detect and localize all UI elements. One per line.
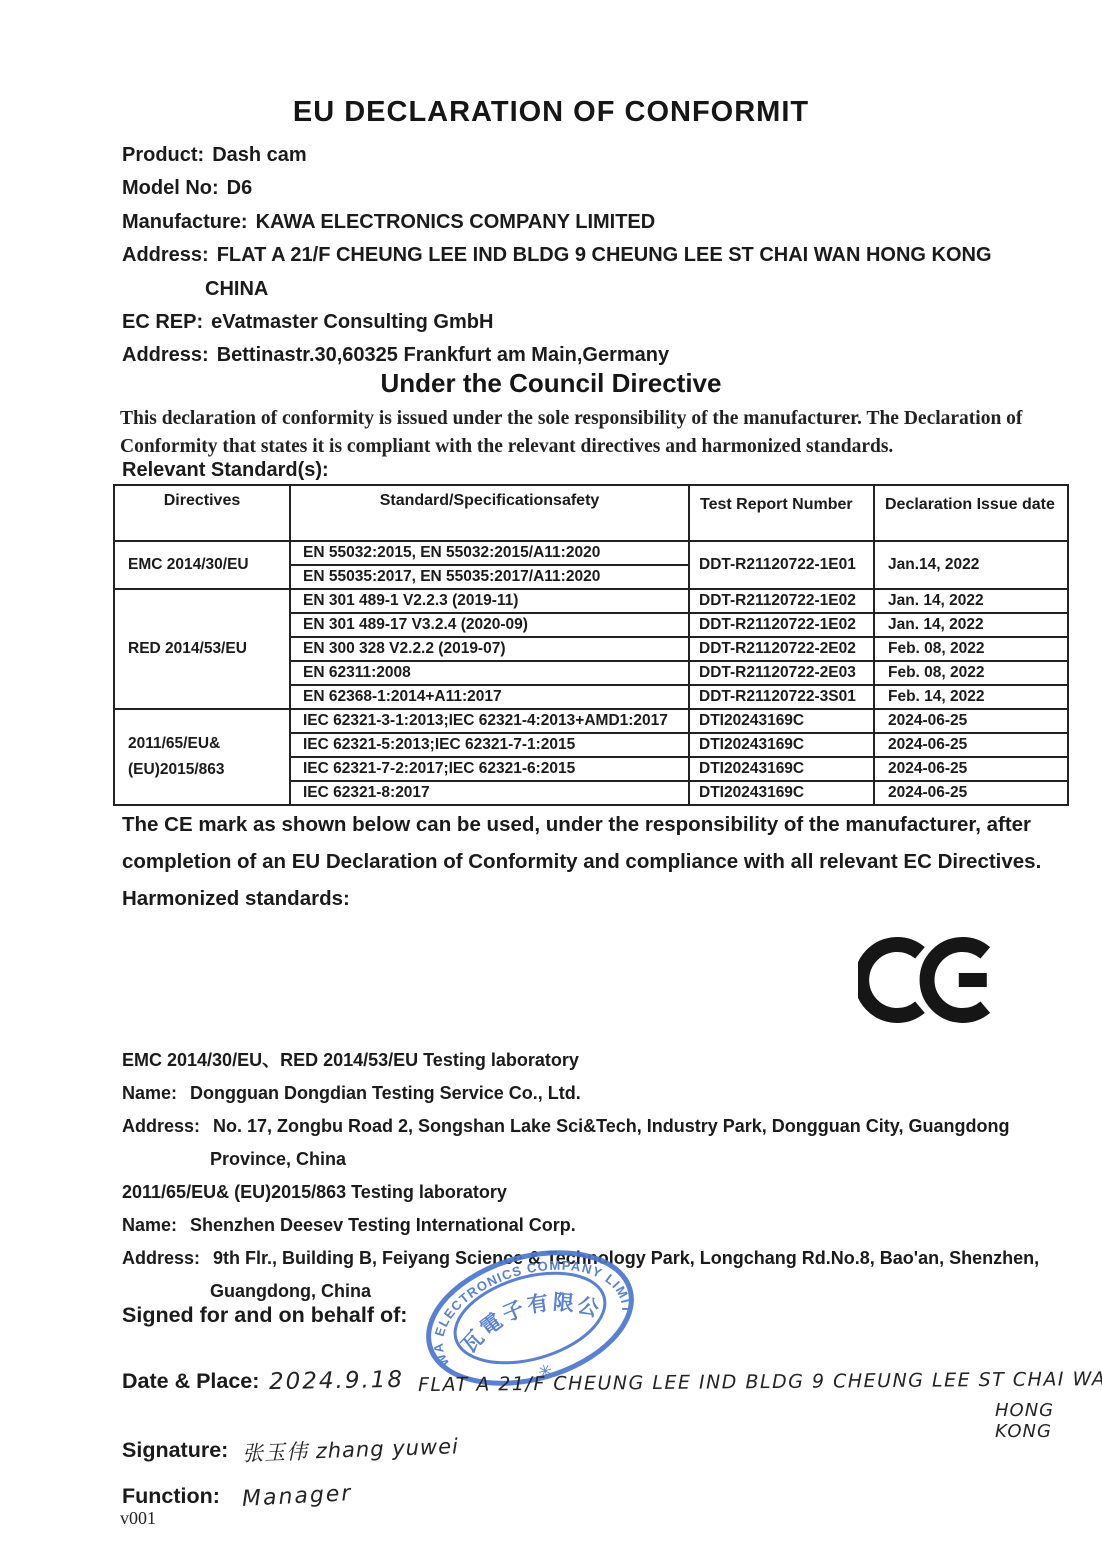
harmonized-standards-label: Harmonized standards:: [122, 880, 1062, 917]
field-manufacture: Manufacture:KAWA ELECTRONICS COMPANY LIM…: [122, 206, 1082, 239]
lab-heading: EMC 2014/30/EU、RED 2014/53/EU Testing la…: [122, 1044, 1102, 1077]
lab-address-label: Address:: [122, 1248, 200, 1268]
cell-date: Feb. 08, 2022: [874, 637, 1068, 661]
cell-date: 2024-06-25: [874, 733, 1068, 757]
field-label: Model No:: [122, 177, 219, 199]
cell-date: Jan. 14, 2022: [874, 613, 1068, 637]
col-header-issue-date: Declaration Issue date: [874, 485, 1068, 541]
lab-name-value: Dongguan Dongdian Testing Service Co., L…: [190, 1083, 581, 1103]
field-label: Manufacture:: [122, 211, 248, 233]
lab-name-label: Name:: [122, 1215, 177, 1235]
field-address-manufacturer-line2: CHINA: [205, 273, 1082, 306]
table-row: RED 2014/53/EU EN 301 489-1 V2.2.3 (2019…: [114, 589, 1068, 613]
cell-standard: EN 55032:2015, EN 55032:2015/A11:2020: [290, 541, 689, 565]
function-handwriting: Manager: [241, 1481, 353, 1512]
function-row: Function:Manager: [122, 1484, 352, 1509]
field-label: Address:: [122, 244, 209, 266]
field-label: Address:: [122, 344, 209, 366]
date-handwriting: 2024.9.18: [269, 1367, 404, 1395]
cell-report: DTI20243169C: [689, 781, 874, 805]
date-place-label: Date & Place:: [122, 1369, 259, 1393]
col-header-test-report: Test Report Number: [689, 485, 874, 541]
cell-standard: EN 55035:2017, EN 55035:2017/A11:2020: [290, 565, 689, 589]
declaration-line: Conformity that states it is compliant w…: [120, 433, 1050, 461]
signed-for-label: Signed for and on behalf of:: [122, 1303, 407, 1328]
field-value: FLAT A 21/F CHEUNG LEE IND BLDG 9 CHEUNG…: [217, 244, 992, 266]
cell-report: DTI20243169C: [689, 709, 874, 733]
cell-date: Feb. 08, 2022: [874, 661, 1068, 685]
table-row: EMC 2014/30/EU EN 55032:2015, EN 55032:2…: [114, 541, 1068, 565]
cell-date: 2024-06-25: [874, 709, 1068, 733]
eu-declaration-document: EU DECLARATION OF CONFORMIT Product:Dash…: [0, 0, 1102, 1559]
lab-name: Name:Dongguan Dongdian Testing Service C…: [122, 1077, 1102, 1110]
ce-paragraph: The CE mark as shown below can be used, …: [122, 806, 1062, 917]
cell-report: DTI20243169C: [689, 733, 874, 757]
ce-paragraph-line: The CE mark as shown below can be used, …: [122, 806, 1062, 843]
page-title: EU DECLARATION OF CONFORMIT: [0, 96, 1102, 129]
field-value: eVatmaster Consulting GmbH: [211, 311, 493, 333]
field-label: Product:: [122, 144, 204, 166]
cell-standard: EN 62368-1:2014+A11:2017: [290, 685, 689, 709]
cell-directive: EMC 2014/30/EU: [114, 541, 290, 589]
ce-paragraph-line: completion of an EU Declaration of Confo…: [122, 843, 1062, 880]
field-ec-rep: EC REP:eVatmaster Consulting GmbH: [122, 306, 1082, 339]
lab-address: Address:No. 17, Zongbu Road 2, Songshan …: [122, 1110, 1102, 1143]
cell-date: Jan. 14, 2022: [874, 589, 1068, 613]
cell-report: DDT-R21120722-1E01: [689, 541, 874, 589]
place-handwriting: FLAT A 21/F CHEUNG LEE IND BLDG 9 CHEUNG…: [418, 1368, 1102, 1396]
field-label: EC REP:: [122, 311, 203, 333]
cell-report: DDT-R21120722-1E02: [689, 589, 874, 613]
section-heading-council-directive: Under the Council Directive: [0, 368, 1102, 399]
version-label: v001: [120, 1508, 156, 1529]
date-place-row: Date & Place:2024.9.18FLAT A 21/F CHEUNG…: [122, 1368, 1102, 1394]
cell-standard: IEC 62321-7-2:2017;IEC 62321-6:2015: [290, 757, 689, 781]
cell-date: Jan.14, 2022: [874, 541, 1068, 589]
standards-table: Directives Standard/Specificationsafety …: [113, 484, 1069, 806]
table-row: 2011/65/EU& (EU)2015/863 IEC 62321-3-1:2…: [114, 709, 1068, 733]
cell-date: 2024-06-25: [874, 757, 1068, 781]
function-label: Function:: [122, 1484, 220, 1508]
declaration-line: This declaration of conformity is issued…: [120, 405, 1050, 433]
signature-handwriting: 张玉伟 zhang yuwei: [242, 1430, 460, 1468]
relevant-standards-label: Relevant Standard(s):: [122, 459, 329, 482]
ce-letter-c: [862, 945, 920, 1016]
field-value: Bettinastr.30,60325 Frankfurt am Main,Ge…: [217, 344, 669, 366]
cell-date: Feb. 14, 2022: [874, 685, 1068, 709]
col-header-directives: Directives: [114, 485, 290, 541]
lab-address-line2: Province, China: [210, 1143, 1102, 1176]
lab-name-label: Name:: [122, 1083, 177, 1103]
cell-standard: IEC 62321-3-1:2013;IEC 62321-4:2013+AMD1…: [290, 709, 689, 733]
field-product: Product:Dash cam: [122, 139, 1082, 172]
field-value: Dash cam: [212, 144, 307, 166]
field-value: D6: [227, 177, 253, 199]
header-fields: Product:Dash cam Model No:D6 Manufacture…: [122, 139, 1082, 373]
cell-standard: EN 300 328 V2.2.2 (2019-07): [290, 637, 689, 661]
cell-standard: IEC 62321-5:2013;IEC 62321-7-1:2015: [290, 733, 689, 757]
cell-standard: EN 301 489-1 V2.2.3 (2019-11): [290, 589, 689, 613]
cell-date: 2024-06-25: [874, 781, 1068, 805]
place-handwriting-line2: HONG KONG: [995, 1400, 1102, 1442]
field-model: Model No:D6: [122, 172, 1082, 205]
lab-address-label: Address:: [122, 1116, 200, 1136]
standards-table-wrap: Directives Standard/Specificationsafety …: [113, 484, 1067, 806]
signature-label: Signature:: [122, 1438, 228, 1462]
field-value: CHINA: [205, 278, 268, 300]
cell-report: DTI20243169C: [689, 757, 874, 781]
cell-report: DDT-R21120722-2E03: [689, 661, 874, 685]
signature-row: Signature:张玉伟 zhang yuwei: [122, 1434, 459, 1464]
field-value: KAWA ELECTRONICS COMPANY LIMITED: [256, 211, 656, 233]
field-address-manufacturer: Address:FLAT A 21/F CHEUNG LEE IND BLDG …: [122, 239, 1082, 272]
lab-name-value: Shenzhen Deesev Testing International Co…: [190, 1215, 576, 1235]
cell-standard: EN 301 489-17 V3.2.4 (2020-09): [290, 613, 689, 637]
ce-mark-logo: [858, 924, 998, 1036]
col-header-standard: Standard/Specificationsafety: [290, 485, 689, 541]
cell-directive: RED 2014/53/EU: [114, 589, 290, 709]
cell-report: DDT-R21120722-2E02: [689, 637, 874, 661]
cell-standard: EN 62311:2008: [290, 661, 689, 685]
cell-standard: IEC 62321-8:2017: [290, 781, 689, 805]
cell-report: DDT-R21120722-3S01: [689, 685, 874, 709]
lab-address-value: No. 17, Zongbu Road 2, Songshan Lake Sci…: [213, 1116, 1009, 1136]
table-header-row: Directives Standard/Specificationsafety …: [114, 485, 1068, 541]
cell-directive: 2011/65/EU& (EU)2015/863: [114, 709, 290, 805]
lab-heading: 2011/65/EU& (EU)2015/863 Testing laborat…: [122, 1176, 1102, 1209]
declaration-paragraph: This declaration of conformity is issued…: [120, 405, 1050, 461]
cell-report: DDT-R21120722-1E02: [689, 613, 874, 637]
